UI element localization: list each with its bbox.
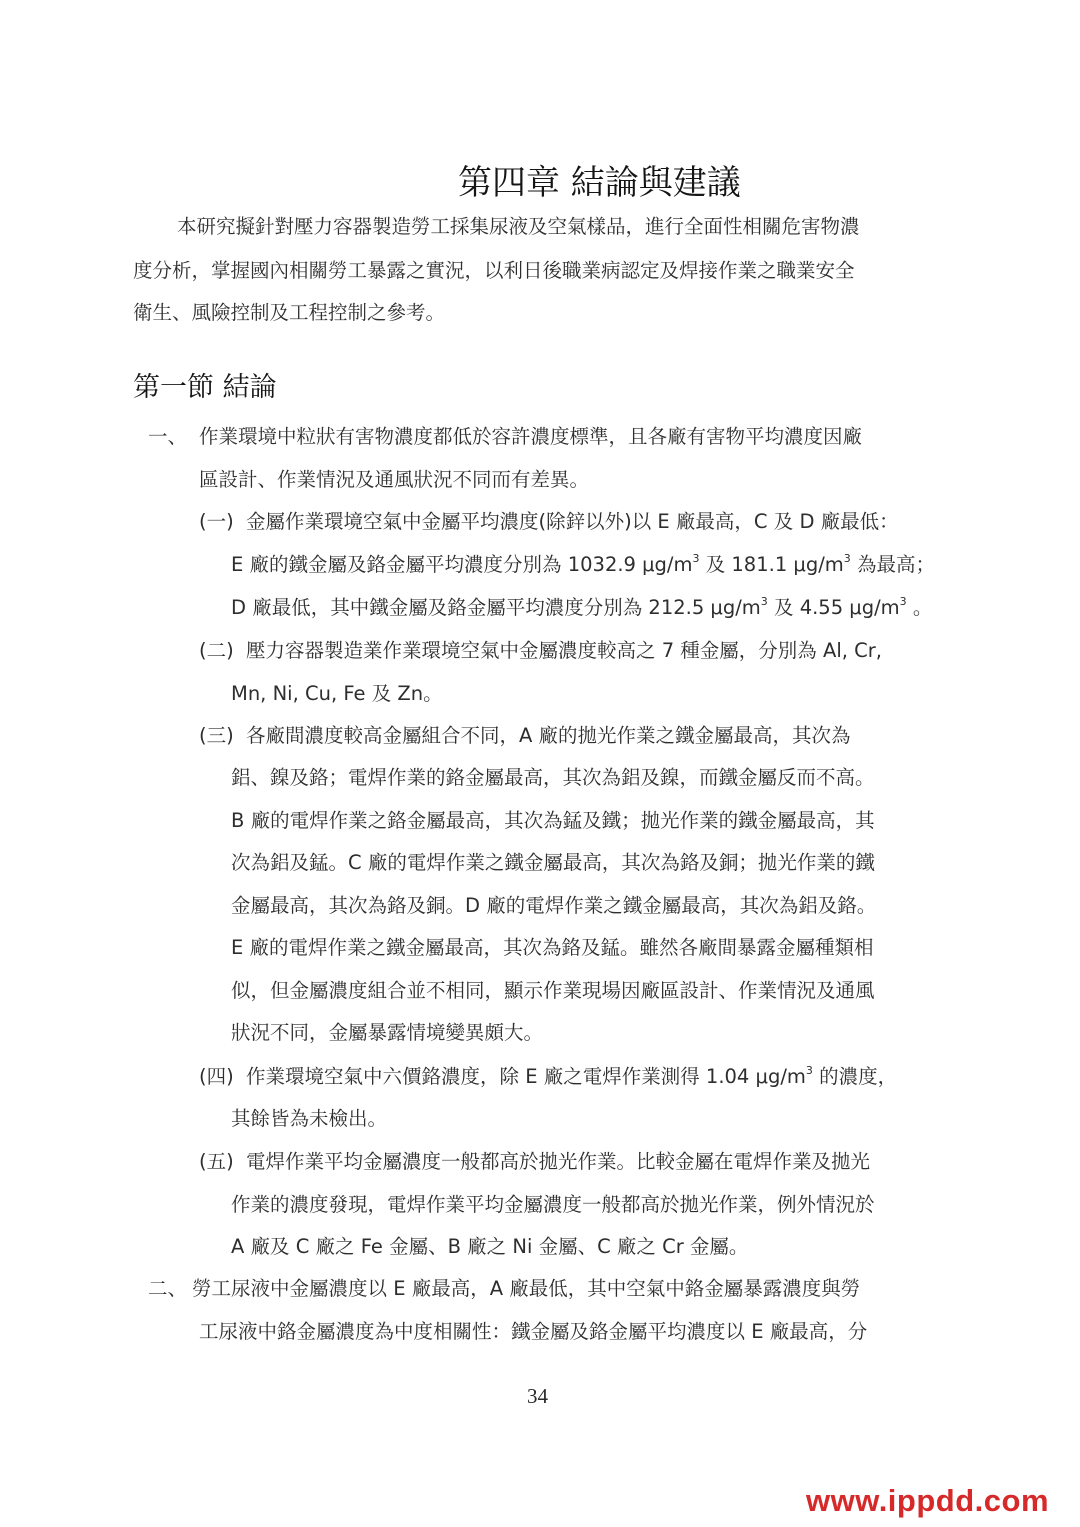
subitem-text: B 廠的電焊作業之鉻金屬最高，其次為錳及鐵；拋光作業的鐵金屬最高，其 — [231, 811, 875, 831]
text-span: 的濃度， — [813, 1065, 897, 1088]
watermark: www.ippdd.com — [806, 1483, 1049, 1519]
item-text: 區設計、作業情況及通風狀況不同而有差異。 — [199, 470, 589, 490]
intro-line: 本研究擬針對壓力容器製造勞工採集尿液及空氣樣品，進行全面性相關危害物濃 — [177, 217, 860, 237]
subitem-text: A 廠及 C 廠之 Fe 金屬、B 廠之 Ni 金屬、C 廠之 Cr 金屬。 — [231, 1237, 748, 1257]
subitem-marker: (二) — [199, 641, 234, 661]
subitem-marker: (一) — [199, 512, 234, 532]
item-text: 作業環境中粒狀有害物濃度都低於容許濃度標準，且各廠有害物平均濃度因廠 — [199, 427, 862, 447]
subitem-marker: (三) — [199, 726, 234, 746]
superscript: 3 — [844, 552, 851, 565]
page-number: 34 — [527, 1384, 548, 1409]
document-page: 第四章 結論與建議 本研究擬針對壓力容器製造勞工採集尿液及空氣樣品，進行全面性相… — [0, 0, 1080, 1527]
subitem-text: 壓力容器製造業作業環境空氣中金屬濃度較高之 7 種金屬，分別為 Al, Cr, — [246, 641, 882, 661]
intro-line: 度分析，掌握國內相關勞工暴露之實況，以利日後職業病認定及焊接作業之職業安全 — [133, 261, 855, 281]
item-text: 勞工尿液中金屬濃度以 E 廠最高，A 廠最低，其中空氣中鉻金屬暴露濃度與勞 — [192, 1279, 860, 1299]
item-marker: 一、 — [148, 427, 187, 447]
text-span: 為最高； — [851, 553, 935, 576]
superscript: 3 — [693, 552, 700, 565]
subitem-text: D 廠最低，其中鐵金屬及鉻金屬平均濃度分別為 212.5 μg/m3 及 4.5… — [231, 598, 932, 618]
superscript: 3 — [806, 1064, 813, 1077]
chapter-title: 第四章 結論與建議 — [458, 155, 741, 204]
subitem-text: 作業的濃度發現，電焊作業平均金屬濃度一般都高於拋光作業，例外情況於 — [231, 1195, 875, 1215]
subitem-marker: (四) — [199, 1067, 234, 1087]
subitem-text: E 廠的鐵金屬及鉻金屬平均濃度分別為 1032.9 μg/m3 及 181.1 … — [231, 555, 935, 575]
subitem-text: 作業環境空氣中六價鉻濃度，除 E 廠之電焊作業測得 1.04 μg/m3 的濃度… — [246, 1067, 897, 1087]
subitem-text: 電焊作業平均金屬濃度一般都高於拋光作業。比較金屬在電焊作業及拋光 — [246, 1152, 870, 1172]
text-span: 及 4.55 μg/m — [768, 596, 900, 619]
superscript: 3 — [761, 595, 768, 608]
subitem-text: 金屬作業環境空氣中金屬平均濃度(除鋅以外)以 E 廠最高，C 及 D 廠最低： — [246, 512, 899, 532]
subitem-text: 各廠間濃度較高金屬組合不同，A 廠的拋光作業之鐵金屬最高，其次為 — [246, 726, 851, 746]
subitem-text: E 廠的電焊作業之鐵金屬最高，其次為鉻及錳。雖然各廠間暴露金屬種類相 — [231, 938, 874, 958]
text-span: 及 181.1 μg/m — [700, 553, 844, 576]
item-marker: 二、 — [148, 1279, 187, 1299]
text-span: E 廠的鐵金屬及鉻金屬平均濃度分別為 1032.9 μg/m — [231, 553, 693, 576]
subitem-text: Mn, Ni, Cu, Fe 及 Zn。 — [231, 684, 443, 704]
section-title: 第一節 結論 — [133, 365, 277, 404]
superscript: 3 — [900, 595, 907, 608]
subitem-marker: (五) — [199, 1152, 234, 1172]
subitem-text: 似，但金屬濃度組合並不相同，顯示作業現場因廠區設計、作業情況及通風 — [231, 981, 875, 1001]
subitem-text: 金屬最高，其次為鉻及銅。D 廠的電焊作業之鐵金屬最高，其次為鋁及鉻。 — [231, 896, 876, 916]
text-span: D 廠最低，其中鐵金屬及鉻金屬平均濃度分別為 212.5 μg/m — [231, 596, 761, 619]
subitem-text: 鋁、鎳及鉻；電焊作業的鉻金屬最高，其次為鋁及鎳，而鐵金屬反而不高。 — [231, 768, 875, 788]
intro-line: 衛生、風險控制及工程控制之參考。 — [133, 303, 445, 323]
text-span: 作業環境空氣中六價鉻濃度，除 E 廠之電焊作業測得 1.04 μg/m — [246, 1065, 806, 1088]
subitem-text: 其餘皆為未檢出。 — [231, 1109, 387, 1129]
text-span: 。 — [907, 596, 933, 619]
subitem-text: 次為鋁及錳。C 廠的電焊作業之鐵金屬最高，其次為鉻及銅；拋光作業的鐵 — [231, 853, 875, 873]
item-text: 工尿液中鉻金屬濃度為中度相關性：鐵金屬及鉻金屬平均濃度以 E 廠最高，分 — [199, 1322, 867, 1342]
subitem-text: 狀況不同，金屬暴露情境變異頗大。 — [231, 1023, 543, 1043]
